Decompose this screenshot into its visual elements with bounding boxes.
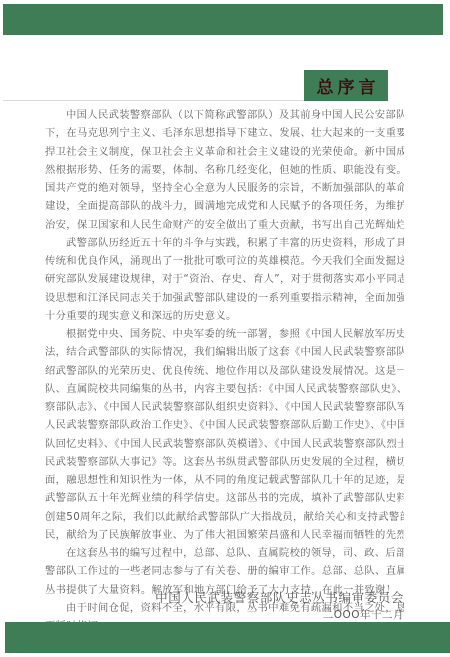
text-line: 下，在马克思列宁主义、毛泽东思想指导下建立、发展、壮大起来的一支重要武装力量。她…: [45, 124, 404, 142]
text-line: 武警部队历经近五十年的斗争与实践，积累了丰富的历史资料，形成了具有自己特色的光荣: [45, 234, 404, 252]
text-line: 在这套丛书的编写过程中，总部、总队、直属院校的领导，司、政、后部门领导，以及在武: [45, 544, 404, 562]
date: 二OOO年十二月: [323, 607, 404, 622]
title-rule: [3, 100, 305, 101]
text-line: 察部队志》、《中国人民武装警察部队组织史资料》、《中国人民武装警察部队军战史》、…: [45, 398, 404, 416]
text-line: 捍卫社会主义制度，保卫社会主义革命和社会主义建设的光荣使命。新中国成立以来，这支…: [45, 143, 404, 161]
text-line: 治安，保卫国家和人民生命财产的安全做出了重大贡献，书写出自己光辉灿烂的篇章。: [45, 216, 404, 234]
bottom-green-band: [5, 622, 450, 653]
text-line: 创建50周年之际，我们以此献给武警部队广大指战员，献给关心和支持武警部队建设的全…: [45, 508, 404, 526]
text-line: 面，融思想性和知识性为一体，从不同的角度记载武警部队几十年的足迹，是一部客观、准…: [45, 471, 404, 489]
text-line: 中国人民武装警察部队（以下简称武警部队）及其前身中国人民公安部队，是中国共党领导: [45, 106, 404, 124]
text-line: 研究部队发展建设规律，对于“资治、存史、育人”，对于贯彻落实邓小平同志关于新时期…: [45, 270, 404, 288]
text-line: 队回忆史料》、《中国人民武装警察部队英模谱》、《中国人民武装警察部队烈士传》、《…: [45, 435, 404, 453]
text-line: 民武装警察部队大事记》等。这套丛书纵贯武警部队历史发展的全过程，横切部队建设的方…: [45, 453, 404, 471]
text-line: 警部队工作过的一些老同志参与了有关卷、册的编审工作。总部、总队、直属院校机关有关…: [45, 562, 404, 580]
text-line: 绍武警部队的光荣历史、优良传统、地位作用以及部队建设发展情况。这是一套由武警总部…: [45, 362, 404, 380]
preface-body: 中国人民武装警察部队（以下简称武警部队）及其前身中国人民公安部队，是中国共党领导…: [45, 106, 404, 635]
text-line: 人民武装警察部队政治工作史》、《中国人民武装警察部队后勤工作史》、《中国人民武装…: [45, 416, 404, 434]
text-line: 民，献给为了民族解放事业、为了伟大祖国繁荣昌盛和人民幸福而牺牲的先烈们。: [45, 526, 404, 544]
text-line: 传统和优良作风，涌现出了一批批可歌可泣的英雄模范。今天我们全面发掘这座丰富的历史…: [45, 252, 404, 270]
signature: 中国人民武装警察部队史志丛书编审委员会: [155, 588, 404, 606]
text-line: 根据党中央、国务院、中央军委的统一部署，参照《中国人民解放军历史资料丛书》的做: [45, 325, 404, 343]
text-line: 队、直属院校共同编集的丛书，内容主要包括：《中国人民武装警察部队史》、《中国人民…: [45, 380, 404, 398]
text-line: 十分重要的现实意义和深远的历史意义。: [45, 307, 404, 325]
top-green-band: [3, 4, 443, 35]
text-line: 武警部队五十年光辉业绩的科学信史。这部丛书的完成，填补了武警部队史料的空白。在武…: [45, 489, 404, 507]
text-line: 建设，全面提高部队的战斗力，圆满地完成党和人民赋予的各项任务，为维护国家主权，维…: [45, 197, 404, 215]
title-box: 总序言: [304, 70, 388, 101]
text-line: 然根据形势、任务的需要，体制、名称几经变化，但她的性质、职能没有变。她始终不渝地…: [45, 161, 404, 179]
text-line: 国共产党的绝对领导，坚持全心全意为人民服务的宗旨，不断加强部队的革命化、现代化、…: [45, 179, 404, 197]
page-title: 总序言: [317, 73, 380, 98]
text-line: 设思想和江泽民同志关于加强武警部队建设的一系列重要指示精神，全面加强武警部队建设…: [45, 289, 404, 307]
text-line: 法，结合武警部队的实际情况，我们编辑出版了这套《中国人民武装警察部队史志丛书》，…: [45, 343, 404, 361]
